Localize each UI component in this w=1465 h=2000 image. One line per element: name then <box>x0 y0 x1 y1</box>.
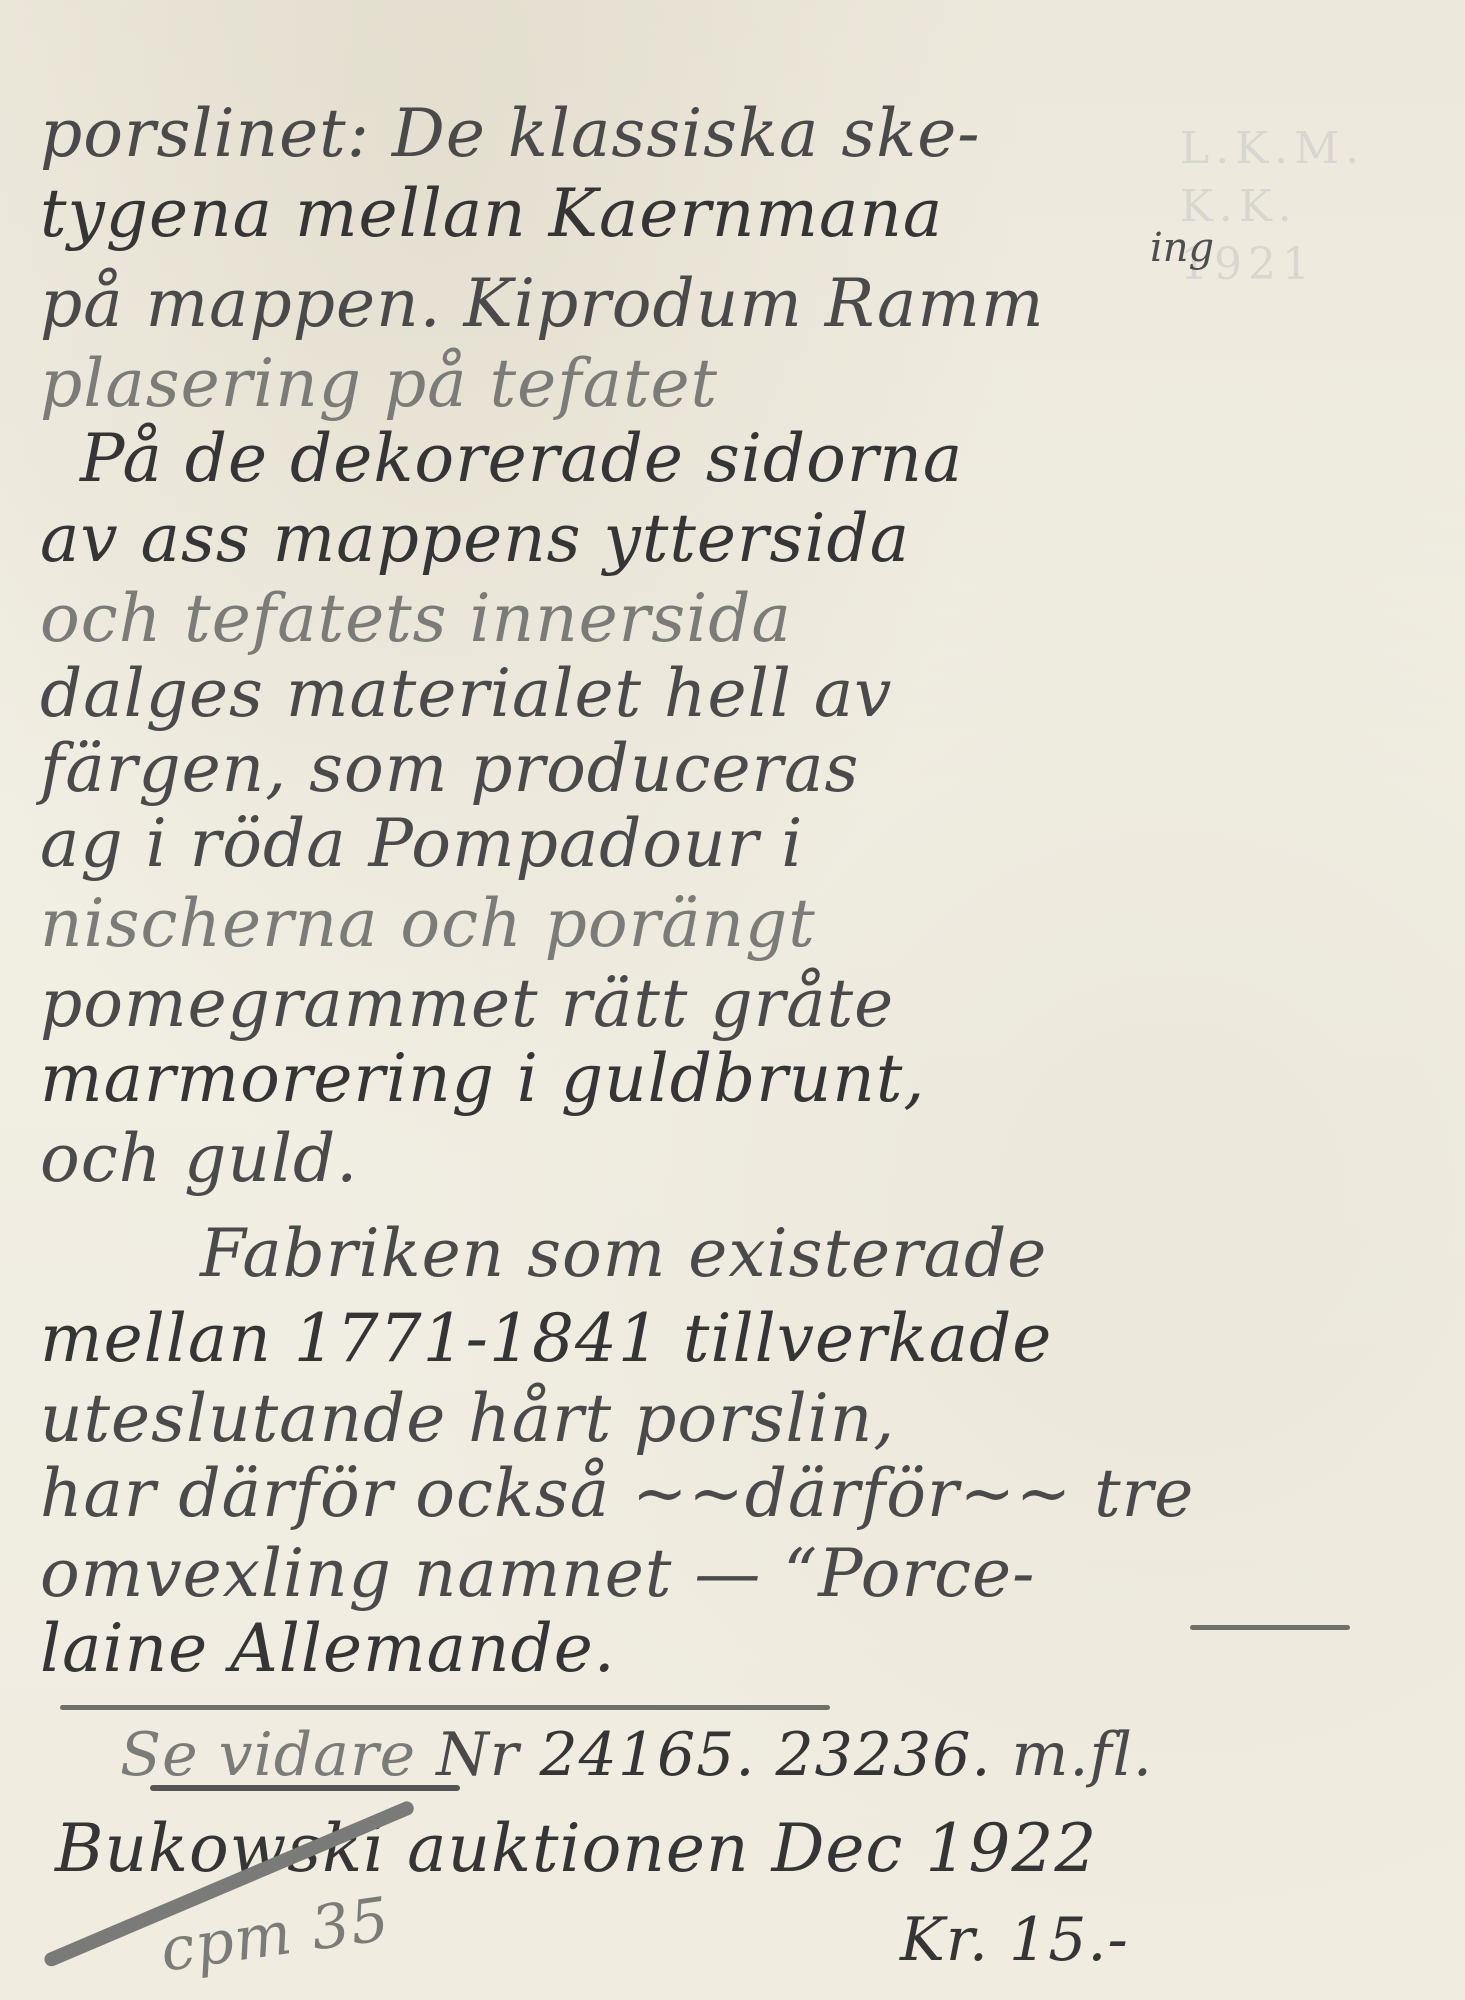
text-line-19: omvexling namnet — “Porce- <box>40 1535 1035 1612</box>
stamp-line: L.K.M. <box>1180 120 1440 178</box>
text-line-8: dalges materialet hell av <box>40 655 892 732</box>
reference-numbers: 24165. 23236. <box>539 1720 991 1790</box>
reference-suffix: m.fl. <box>1012 1720 1153 1790</box>
text-line-18: har därför också ~~därför~~ tre <box>40 1455 1194 1532</box>
text-line-6: av ass mappens yttersida <box>40 500 910 577</box>
insertion-mark: ing <box>1150 225 1214 271</box>
text-line-11: nischerna och porängt <box>40 885 816 962</box>
acquisition-line: Bukowski auktionen Dec 1922 <box>55 1810 1097 1887</box>
text-line-20: laine Allemande. <box>40 1610 616 1687</box>
acquisition-source: Bukowski auktionen <box>55 1810 749 1887</box>
acquisition-date: Dec 1922 <box>771 1810 1097 1887</box>
text-line-15: Fabriken som existerade <box>200 1215 1047 1292</box>
stamp-line: 1921 <box>1180 236 1440 294</box>
text-line-12: pomegrammet rätt gråte <box>40 965 894 1042</box>
text-line-5: På de dekorerade sidorna <box>80 420 963 497</box>
text-line-17: uteslutande hårt porslin, <box>40 1380 895 1457</box>
text-line-7: och tefatets innersida <box>40 580 792 657</box>
text-line-16: mellan 1771-1841 tillverkade <box>40 1300 1052 1377</box>
reference-prefix: Se vidare <box>120 1720 416 1790</box>
underline-porce <box>1190 1625 1350 1630</box>
faint-stamp: L.K.M. K.K. 1921 <box>1180 120 1440 294</box>
text-line-4: plasering på tefatet <box>40 345 718 422</box>
reference-label: Nr <box>436 1720 519 1790</box>
reference-underline <box>150 1785 460 1791</box>
text-line-2: tygena mellan Kaernmana <box>40 175 943 252</box>
manuscript-page: L.K.M. K.K. 1921 porslinet: De klassiska… <box>0 0 1465 2000</box>
text-line-9: färgen, som produceras <box>40 730 859 807</box>
text-line-13: marmorering i guldbrunt, <box>40 1040 925 1117</box>
text-line-10: ag i röda Pompadour i <box>40 805 803 882</box>
price: Kr. 15.- <box>900 1905 1129 1975</box>
text-line-14: och guld. <box>40 1120 358 1197</box>
text-line-3: på mappen. Kiprodum Ramm <box>40 265 1045 342</box>
text-line-1: porslinet: De klassiska ske- <box>40 95 981 172</box>
section-divider <box>60 1705 830 1710</box>
reference-line: Se vidare Nr 24165. 23236. m.fl. <box>120 1720 1153 1790</box>
stamp-line: K.K. <box>1180 178 1440 236</box>
